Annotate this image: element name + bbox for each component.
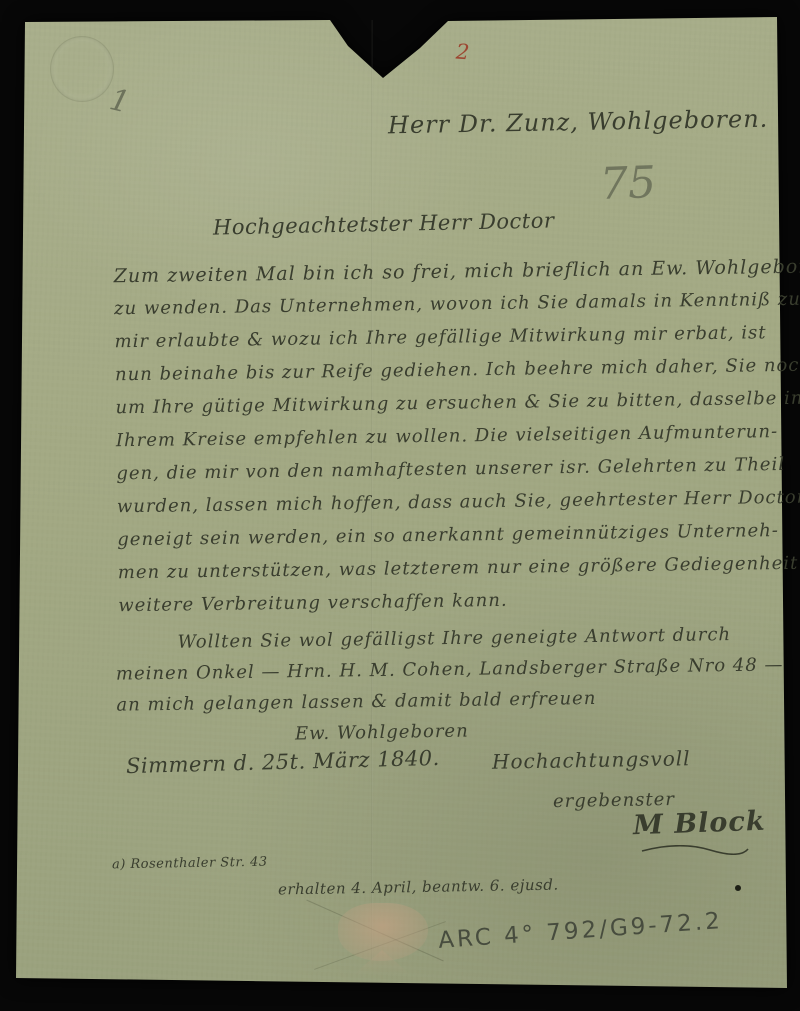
scanned-letter-page: 1 2 75 Herr Dr. Zunz, Wohlgeboren. Hochg… [0, 0, 800, 1011]
owner-address-note: a) Rosenthaler Str. 43 [112, 855, 268, 873]
body-paragraph-1: Zum zweiten Mal bin ich so frei, mich br… [114, 255, 800, 629]
embossed-seal [50, 36, 114, 102]
signature-flourish [640, 845, 750, 855]
ink-speck [735, 885, 741, 891]
signature: M Block [632, 806, 766, 842]
red-page-number: 2 [455, 40, 470, 65]
valediction: Hochachtungsvoll [492, 746, 691, 773]
closing-honorific: Ew. Wohlgeboren [295, 720, 469, 744]
pencil-number-75: 75 [599, 157, 657, 210]
body-paragraph-2: Wollten Sie wol gefälligst Ihre geneigte… [115, 623, 784, 725]
